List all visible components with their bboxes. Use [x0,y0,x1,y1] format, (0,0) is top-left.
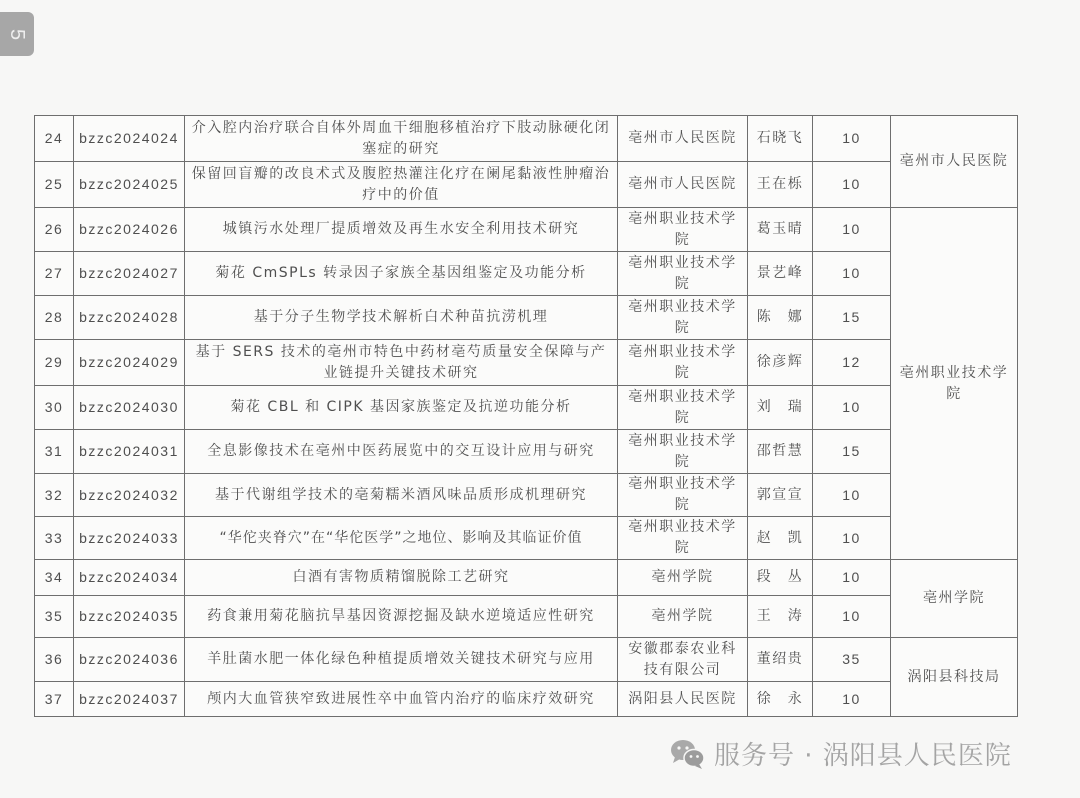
project-leader: 王在栎 [748,162,813,208]
project-leader: 陈 娜 [748,296,813,340]
project-title: 药食兼用菊花脑抗旱基因资源挖掘及缺水逆境适应性研究 [185,596,618,638]
project-leader: 王 涛 [748,596,813,638]
undertaking-unit: 涡阳县人民医院 [618,682,748,717]
recommending-unit: 亳州市人民医院 [891,116,1018,208]
table-row: 37 bzzc2024037 颅内大血管狭窄致进展性卒中血管内治疗的临床疗效研究… [35,682,1018,717]
row-number: 37 [35,682,74,717]
project-title: 基于代谢组学技术的亳菊糯米酒风味品质形成机理研究 [185,474,618,517]
table-row: 28 bzzc2024028 基于分子生物学技术解析白术种苗抗涝机理 亳州职业技… [35,296,1018,340]
undertaking-unit: 亳州职业技术学院 [618,386,748,430]
recommending-unit: 涡阳县科技局 [891,638,1018,717]
table-row: 35 bzzc2024035 药食兼用菊花脑抗旱基因资源挖掘及缺水逆境适应性研究… [35,596,1018,638]
table-row: 36 bzzc2024036 羊肚菌水肥一体化绿色种植提质增效关键技术研究与应用… [35,638,1018,682]
project-code: bzzc2024031 [74,430,185,474]
row-number: 30 [35,386,74,430]
project-title: 羊肚菌水肥一体化绿色种植提质增效关键技术研究与应用 [185,638,618,682]
project-leader: 刘 瑞 [748,386,813,430]
row-number: 35 [35,596,74,638]
table-row: 27 bzzc2024027 菊花 CmSPLs 转录因子家族全基因组鉴定及功能… [35,252,1018,296]
row-number: 36 [35,638,74,682]
undertaking-unit: 亳州职业技术学院 [618,296,748,340]
undertaking-unit: 亳州市人民医院 [618,162,748,208]
undertaking-unit: 安徽郡泰农业科技有限公司 [618,638,748,682]
project-leader: 邵哲慧 [748,430,813,474]
funding-amount: 10 [813,162,891,208]
project-table: 24 bzzc2024024 介入腔内治疗联合自体外周血干细胞移植治疗下肢动脉硬… [34,115,1018,717]
undertaking-unit: 亳州职业技术学院 [618,517,748,560]
project-leader: 赵 凯 [748,517,813,560]
page-indicator-tab: 5 [0,12,34,56]
undertaking-unit: 亳州学院 [618,596,748,638]
project-title: “华佗夹脊穴”在“华佗医学”之地位、影响及其临证价值 [185,517,618,560]
project-code: bzzc2024029 [74,340,185,386]
project-code: bzzc2024030 [74,386,185,430]
project-code: bzzc2024033 [74,517,185,560]
funding-amount: 10 [813,252,891,296]
table-row: 33 bzzc2024033 “华佗夹脊穴”在“华佗医学”之地位、影响及其临证价… [35,517,1018,560]
wechat-icon [670,738,706,770]
project-title: 基于 SERS 技术的亳州市特色中药材亳芍质量安全保障与产业链提升关键技术研究 [185,340,618,386]
table-row: 24 bzzc2024024 介入腔内治疗联合自体外周血干细胞移植治疗下肢动脉硬… [35,116,1018,162]
funding-amount: 10 [813,208,891,252]
row-number: 24 [35,116,74,162]
project-leader: 徐彦辉 [748,340,813,386]
project-title: 城镇污水处理厂提质增效及再生水安全利用技术研究 [185,208,618,252]
undertaking-unit: 亳州学院 [618,560,748,596]
funding-amount: 15 [813,296,891,340]
project-code: bzzc2024025 [74,162,185,208]
row-number: 26 [35,208,74,252]
project-title: 保留回盲瓣的改良术式及腹腔热灌注化疗在阑尾黏液性肿瘤治疗中的价值 [185,162,618,208]
table-row: 30 bzzc2024030 菊花 CBL 和 CIPK 基因家族鉴定及抗逆功能… [35,386,1018,430]
project-title: 白酒有害物质精馏脱除工艺研究 [185,560,618,596]
project-code: bzzc2024032 [74,474,185,517]
watermark-text: 服务号 · 涡阳县人民医院 [714,735,1012,772]
table-row: 25 bzzc2024025 保留回盲瓣的改良术式及腹腔热灌注化疗在阑尾黏液性肿… [35,162,1018,208]
funding-amount: 35 [813,638,891,682]
undertaking-unit: 亳州职业技术学院 [618,340,748,386]
recommending-unit: 亳州职业技术学院 [891,208,1018,560]
project-title: 全息影像技术在亳州中医药展览中的交互设计应用与研究 [185,430,618,474]
project-code: bzzc2024037 [74,682,185,717]
table-row: 26 bzzc2024026 城镇污水处理厂提质增效及再生水安全利用技术研究 亳… [35,208,1018,252]
recommending-unit: 亳州学院 [891,560,1018,638]
project-leader: 郭宣宣 [748,474,813,517]
row-number: 32 [35,474,74,517]
row-number: 33 [35,517,74,560]
funding-amount: 15 [813,430,891,474]
table-row: 31 bzzc2024031 全息影像技术在亳州中医药展览中的交互设计应用与研究… [35,430,1018,474]
table-row: 29 bzzc2024029 基于 SERS 技术的亳州市特色中药材亳芍质量安全… [35,340,1018,386]
table-row: 32 bzzc2024032 基于代谢组学技术的亳菊糯米酒风味品质形成机理研究 … [35,474,1018,517]
funding-amount: 10 [813,682,891,717]
project-leader: 徐 永 [748,682,813,717]
funding-amount: 10 [813,386,891,430]
project-code: bzzc2024026 [74,208,185,252]
funding-amount: 10 [813,116,891,162]
row-number: 31 [35,430,74,474]
table-row: 34 bzzc2024034 白酒有害物质精馏脱除工艺研究 亳州学院 段 丛 1… [35,560,1018,596]
project-leader: 景艺峰 [748,252,813,296]
undertaking-unit: 亳州职业技术学院 [618,430,748,474]
funding-amount: 10 [813,474,891,517]
row-number: 34 [35,560,74,596]
project-title: 菊花 CmSPLs 转录因子家族全基因组鉴定及功能分析 [185,252,618,296]
undertaking-unit: 亳州职业技术学院 [618,208,748,252]
project-code: bzzc2024027 [74,252,185,296]
project-leader: 石晓飞 [748,116,813,162]
funding-amount: 10 [813,517,891,560]
project-code: bzzc2024024 [74,116,185,162]
project-title: 菊花 CBL 和 CIPK 基因家族鉴定及抗逆功能分析 [185,386,618,430]
project-leader: 葛玉晴 [748,208,813,252]
project-code: bzzc2024036 [74,638,185,682]
funding-amount: 10 [813,596,891,638]
project-title: 颅内大血管狭窄致进展性卒中血管内治疗的临床疗效研究 [185,682,618,717]
undertaking-unit: 亳州职业技术学院 [618,474,748,517]
undertaking-unit: 亳州市人民医院 [618,116,748,162]
project-code: bzzc2024028 [74,296,185,340]
wechat-watermark: 服务号 · 涡阳县人民医院 [670,735,1012,772]
row-number: 27 [35,252,74,296]
project-title: 基于分子生物学技术解析白术种苗抗涝机理 [185,296,618,340]
undertaking-unit: 亳州职业技术学院 [618,252,748,296]
project-leader: 董绍贵 [748,638,813,682]
funding-amount: 12 [813,340,891,386]
row-number: 29 [35,340,74,386]
row-number: 28 [35,296,74,340]
page-number: 5 [6,28,29,39]
project-code: bzzc2024035 [74,596,185,638]
project-code: bzzc2024034 [74,560,185,596]
funding-amount: 10 [813,560,891,596]
project-leader: 段 丛 [748,560,813,596]
row-number: 25 [35,162,74,208]
project-title: 介入腔内治疗联合自体外周血干细胞移植治疗下肢动脉硬化闭塞症的研究 [185,116,618,162]
